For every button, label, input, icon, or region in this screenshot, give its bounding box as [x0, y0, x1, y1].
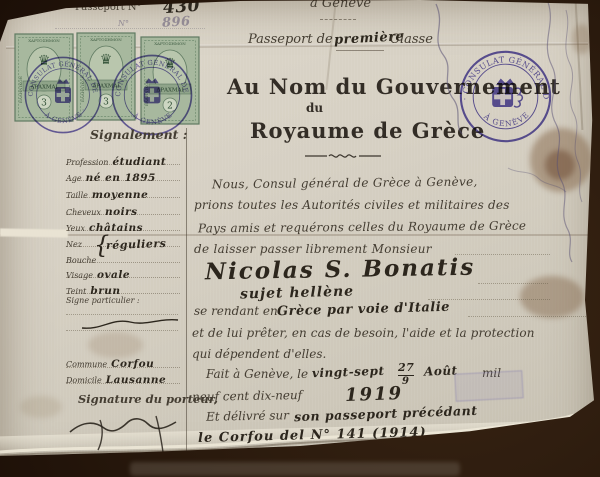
body-line5-printed: se rendant en	[194, 304, 278, 318]
bearer-subject: sujet hellène	[240, 284, 354, 303]
body-line2: prions toutes les Autorités civiles et m…	[194, 198, 510, 212]
date-line1-printed: Fait à Genève, le	[206, 367, 308, 381]
faint-date-stamp	[454, 370, 523, 402]
photo-of-passport: Passeport N° 430 N° 896 ΧΑΡΤΟΣΗΜΟΝ ΕΛΛΗΝ…	[0, 0, 600, 477]
bottom-paper-sliver	[130, 462, 460, 476]
passport-page: Passeport N° 430 N° 896 ΧΑΡΤΟΣΗΜΟΝ ΕΛΛΗΝ…	[0, 0, 600, 477]
rule-after-name	[478, 283, 548, 284]
bearer-name: Nicolas S. Bonatis	[205, 254, 476, 286]
date-month: Août	[424, 363, 458, 378]
body-line4: de laisser passer librement Monsieur	[194, 242, 432, 256]
date-line1-hand: vingt-sept	[312, 364, 385, 381]
body-line6: et de lui prêter, en cas de besoin, l'ai…	[192, 326, 535, 340]
date-fraction-denominator: 9	[402, 376, 409, 387]
body-line1: Nous, Consul général de Grèce à Genève,	[212, 175, 478, 192]
rule-after-1914	[470, 441, 545, 442]
rule-after-italie	[468, 316, 588, 317]
body-line3: Pays amis et requérons celles du Royaume…	[198, 219, 526, 236]
issue-line1-printed: Et délivré sur	[206, 408, 289, 423]
date-line2-printed: neuf cent dix-neuf	[192, 388, 302, 404]
bearer-signature-flourish	[0, 0, 600, 477]
date-fraction-numerator: 27	[398, 361, 414, 376]
date-year: 1919	[345, 383, 404, 406]
body-line7: qui dépendent d'elles.	[192, 347, 326, 361]
column-divider	[186, 128, 187, 464]
